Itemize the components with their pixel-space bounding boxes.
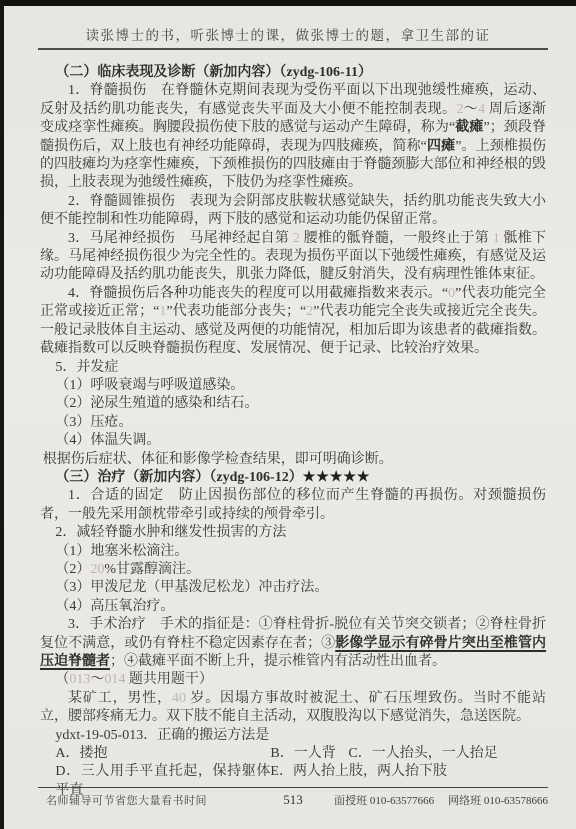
text-run: ～ bbox=[90, 672, 104, 687]
scanned-page: 读张博士的书，听张博士的课，做张博士的题，拿卫生部的证 （二）临床表现及诊断（新… bbox=[0, 0, 576, 829]
text-block: 1．合适的固定 防止因损伤部位的移位而产生脊髓的再损伤。对颈髓损伤者，一般先采用… bbox=[40, 487, 546, 524]
scan-edge-top bbox=[0, 0, 576, 6]
footer-row: 名师辅导可节省您大量看书时间 513 面授班 010-63577666 网络班 … bbox=[38, 792, 548, 808]
text-run: 3．马尾神经损伤 马尾神经起自第 bbox=[68, 231, 293, 246]
faded-text-run: 1 bbox=[493, 231, 500, 246]
text-run: 题共用题干） bbox=[125, 672, 213, 687]
text-block: （3）甲泼尼龙（甲基泼尼松龙）冲击疗法。 bbox=[40, 579, 546, 597]
text-block: （4）高压氧治疗。 bbox=[40, 598, 546, 616]
text-block: 2．脊髓圆锥损伤 表现为会阴部皮肤鞍状感觉缺失，括约肌功能丧失致大小便不能控制和… bbox=[40, 193, 546, 230]
answer-option: A．搂抱 bbox=[55, 745, 270, 763]
text-run: （3）甲泼尼龙（甲基泼尼松龙）冲击疗法。 bbox=[55, 580, 328, 595]
text-block: 5．并发症 bbox=[40, 359, 546, 377]
text-run: ～ bbox=[463, 102, 478, 117]
text-run: （三）治疗（新加内容）（zydg-106-12） bbox=[55, 470, 302, 485]
text-run: 2．脊髓圆锥损伤 表现为会阴部皮肤鞍状感觉缺失，括约肌功能丧失致大小便不能控制和… bbox=[40, 194, 546, 227]
text-run: 根据伤后症状、体征和影像学检查结果，即可明确诊断。 bbox=[43, 452, 393, 467]
text-block: 根据伤后症状、体征和影像学检查结果，即可明确诊断。 bbox=[40, 451, 546, 469]
scan-edge-left bbox=[0, 0, 4, 829]
text-run: （4）高压氧治疗。 bbox=[55, 599, 174, 614]
text-run: （1）呼吸衰竭与呼吸道感染。 bbox=[55, 378, 244, 393]
text-run: 四瘫 bbox=[427, 139, 455, 154]
answer-option: B．一人背 bbox=[270, 745, 348, 763]
text-run: ★★★★★ bbox=[303, 470, 371, 485]
text-run: %甘露醇滴注。 bbox=[104, 562, 200, 577]
faded-text-run: 013 bbox=[69, 672, 90, 687]
page-footer: 名师辅导可节省您大量看书时间 513 面授班 010-63577666 网络班 … bbox=[38, 787, 548, 808]
text-block: （2）泌尿生殖道的感染和结石。 bbox=[40, 395, 546, 413]
text-run: （4）体温失调。 bbox=[55, 433, 160, 448]
text-block: （1）地塞米松滴注。 bbox=[40, 543, 546, 561]
text-block: （4）体温失调。 bbox=[40, 432, 546, 450]
page-number: 513 bbox=[38, 792, 548, 808]
text-run: 4．脊髓损伤后各种功能丧失的程度可以用截瘫指数来表示。“ bbox=[68, 286, 448, 301]
text-run: 某矿工，男性， bbox=[68, 691, 172, 706]
text-run: 腰椎的骶脊髓，一般终止于第 bbox=[300, 231, 493, 246]
text-run: ydxt-19-05-013．正确的搬运方法是 bbox=[55, 728, 269, 743]
section-heading: （三）治疗（新加内容）（zydg-106-12）★★★★★ bbox=[40, 469, 546, 487]
text-block: ydxt-19-05-013．正确的搬运方法是 bbox=[40, 727, 546, 745]
text-run: （二）临床表现及诊断（新加内容）（zydg-106-11） bbox=[55, 65, 372, 80]
answer-option: C．一人抬头，一人抬足 bbox=[348, 745, 497, 763]
faded-text-run: 20 bbox=[90, 562, 104, 577]
text-run: （3）压疮。 bbox=[55, 415, 132, 430]
text-run: （2） bbox=[55, 562, 90, 577]
text-run: （1）地塞米松滴注。 bbox=[55, 544, 188, 559]
section-heading: （二）临床表现及诊断（新加内容）（zydg-106-11） bbox=[40, 64, 546, 82]
running-head-text: 读张博士的书，听张博士的课，做张博士的题，拿卫生部的证 bbox=[86, 28, 491, 43]
text-block: 3．马尾神经损伤 马尾神经起自第 2 腰椎的骶脊髓，一般终止于第 1 骶椎下缘。… bbox=[40, 230, 546, 285]
text-run: （2）泌尿生殖道的感染和结石。 bbox=[55, 396, 258, 411]
text-block: 某矿工，男性，40 岁。因塌方事故时被泥土、矿石压埋致伤。当时不能站立，腰部疼痛… bbox=[40, 690, 546, 727]
text-run: 2．减轻脊髓水肿和继发性损害的方法 bbox=[55, 525, 286, 540]
text-block: （3）压疮。 bbox=[40, 414, 546, 432]
text-block: 4．脊髓损伤后各种功能丧失的程度可以用截瘫指数来表示。“0”代表功能完全正常或接… bbox=[40, 285, 546, 359]
text-run: 1．合适的固定 防止因损伤部位的移位而产生脊髓的再损伤。对颈髓损伤者，一般先采用… bbox=[40, 488, 546, 521]
text-run: （ bbox=[55, 672, 69, 687]
text-block: （2）20%甘露醇滴注。 bbox=[40, 561, 546, 579]
text-block: 2．减轻脊髓水肿和继发性损害的方法 bbox=[40, 524, 546, 542]
text-block: （1）呼吸衰竭与呼吸道感染。 bbox=[40, 377, 546, 395]
document-body: （二）临床表现及诊断（新加内容）（zydg-106-11）1．脊髓损伤 在脊髓休… bbox=[40, 64, 546, 800]
text-run: ”代表功能部分丧失；“ bbox=[166, 304, 306, 319]
answer-options-row: A．搂抱B．一人背C．一人抬头，一人抬足 bbox=[40, 745, 546, 763]
text-run: ；④截瘫平面不断上升，提示椎管内有活动性出血者。 bbox=[110, 654, 446, 669]
text-block: 3．手术治疗 手术的指征是：①脊柱骨折-脱位有关节突交锁者；②脊柱骨折复位不满意… bbox=[40, 616, 546, 671]
running-head: 读张博士的书，听张博士的课，做张博士的题，拿卫生部的证 bbox=[0, 0, 576, 44]
faded-text-run: 2 bbox=[293, 231, 300, 246]
text-block: 1．脊髓损伤 在脊髓休克期间表现为受伤平面以下出现弛缓性瘫痪，运动、反射及括约肌… bbox=[40, 82, 546, 192]
header-rule bbox=[38, 48, 548, 50]
faded-text-run: 014 bbox=[104, 672, 125, 687]
text-run: 5．并发症 bbox=[55, 360, 118, 375]
text-run: 截瘫 bbox=[455, 120, 483, 135]
faded-text-run: 40 bbox=[172, 691, 186, 706]
text-block: （013～014 题共用题干） bbox=[40, 671, 546, 689]
